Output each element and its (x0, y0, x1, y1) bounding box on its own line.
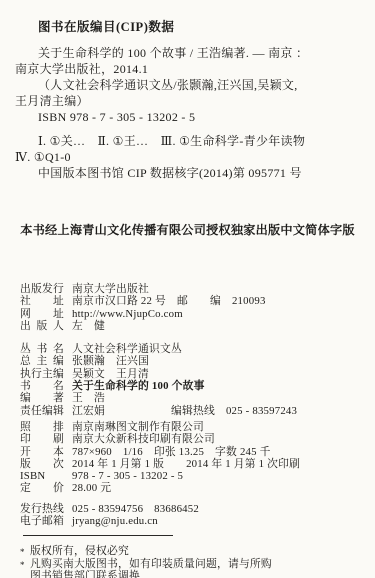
row-typesetting: 照排 南京南琳图文制作有限公司 (20, 421, 360, 433)
colophon-info-table: 出版发行 南京大学出版社 社址 南京市汉口路 22 号 邮 编 210093 网… (20, 283, 360, 578)
row-value: 吴颖文 王月清 (72, 368, 149, 380)
row-publisher-person: 出版人 左 健 (20, 320, 360, 332)
row-value: 787×960 1/16 印张 13.25 字数 245 千 (72, 446, 271, 458)
row-label: 书名 (20, 380, 64, 392)
cip-series-line: （人文社会科学通识文丛/张颢瀚,汪兴国,吴颖文, (15, 77, 360, 93)
asterisk-marker: * (20, 545, 30, 558)
cip-heading: 图书在版编目(CIP)数据 (38, 17, 360, 35)
row-publisher: 出版发行 南京大学出版社 (20, 283, 360, 295)
cip-title-statement-line: 关于生命科学的 100 个故事 / 王浩编著. — 南京 ： (15, 45, 360, 61)
row-label: 执行主编 (20, 368, 64, 380)
row-label: 版次 (20, 458, 64, 470)
row-label: 责任编辑 (20, 405, 64, 417)
row-value: 人文社会科学通识文丛 (72, 343, 182, 355)
row-label: 编著 (20, 392, 64, 404)
row-label: 电子邮箱 (20, 515, 64, 527)
row-value: 关于生命科学的 100 个故事 (72, 380, 205, 392)
row-email: 电子邮箱 jryang@nju.edu.cn (20, 515, 360, 527)
row-value: 南京南琳图文制作有限公司 (72, 421, 204, 433)
row-book-title: 书名 关于生命科学的 100 个故事 (20, 380, 360, 392)
row-label: 定价 (20, 482, 64, 494)
row-address: 社址 南京市汉口路 22 号 邮 编 210093 (20, 295, 360, 307)
cip-record-number-line: 中国版本图书馆 CIP 数据核字(2014)第 095771 号 (15, 165, 360, 181)
quality-note-line-2: 图书销售部门联系调换 (30, 570, 272, 578)
row-label: 照排 (20, 421, 64, 433)
row-value: 南京大众新科技印刷有限公司 (72, 433, 215, 445)
row-website: 网址 http://www.NjupCo.com (20, 308, 360, 320)
cip-classification-line: Ⅰ. ①关… Ⅱ. ①王… Ⅲ. ①生命科学-青少年读物 (15, 133, 360, 149)
row-responsible-editor: 责任编辑 江宏娟 编辑热线 025 - 83597243 (20, 405, 360, 417)
cip-classification-line-2: Ⅳ. ①Q1-0 (15, 149, 360, 165)
row-label: 开本 (20, 446, 64, 458)
row-executive-editors: 执行主编 吴颖文 王月清 (20, 368, 360, 380)
row-value: 南京大学出版社 (72, 283, 149, 295)
row-value: 28.00 元 (72, 482, 111, 494)
row-label: 总主编 (20, 355, 64, 367)
row-label: 出版发行 (20, 283, 64, 295)
divider-line (23, 535, 173, 536)
row-label: 网址 (20, 308, 64, 320)
row-sales-hotline: 发行热线 025 - 83594756 83686452 (20, 503, 360, 515)
row-value: 江宏娟 编辑热线 025 - 83597243 (72, 405, 297, 417)
legal-notes: * 版权所有，侵权必究 * 凡购买南大版图书，如有印装质量问题，请与所购 图书销… (20, 545, 360, 578)
row-isbn: ISBN 978 - 7 - 305 - 13202 - 5 (20, 470, 360, 482)
row-value: 2014 年 1 月第 1 版 2014 年 1 月第 1 次印刷 (72, 458, 300, 470)
row-value: 978 - 7 - 305 - 13202 - 5 (72, 470, 183, 482)
cip-data-block: 关于生命科学的 100 个故事 / 王浩编著. — 南京 ： 南京大学出版社，2… (15, 45, 360, 181)
row-price: 定价 28.00 元 (20, 482, 360, 494)
cip-isbn-line: ISBN 978 - 7 - 305 - 13202 - 5 (15, 109, 360, 125)
cip-publisher-line: 南京大学出版社，2014.1 (15, 61, 360, 77)
copyright-note: * 版权所有，侵权必究 (20, 545, 360, 558)
row-value: http://www.NjupCo.com (72, 308, 183, 320)
row-value: 左 健 (72, 320, 105, 332)
row-label: 社址 (20, 295, 64, 307)
row-value: 王 浩 (72, 392, 105, 404)
colophon-page: 图书在版编目(CIP)数据 关于生命科学的 100 个故事 / 王浩编著. — … (0, 0, 375, 578)
cip-series-line-2: 王月清主编） (15, 93, 360, 109)
asterisk-marker: * (20, 558, 30, 578)
row-format: 开本 787×960 1/16 印张 13.25 字数 245 千 (20, 446, 360, 458)
authorization-notice: 本书经上海青山文化传播有限公司授权独家出版中文简体字版 (15, 221, 360, 238)
row-author: 编著 王 浩 (20, 392, 360, 404)
quality-note: * 凡购买南大版图书，如有印装质量问题，请与所购 图书销售部门联系调换 (20, 558, 360, 578)
row-label: 丛书名 (20, 343, 64, 355)
row-series-name: 丛书名 人文社会科学通识文丛 (20, 343, 360, 355)
row-value: 张颢瀚 汪兴国 (72, 355, 149, 367)
copyright-note-text: 版权所有，侵权必究 (30, 545, 129, 558)
row-chief-editors: 总主编 张颢瀚 汪兴国 (20, 355, 360, 367)
row-edition: 版次 2014 年 1 月第 1 版 2014 年 1 月第 1 次印刷 (20, 458, 360, 470)
row-label: 出版人 (20, 320, 64, 332)
row-label: 印刷 (20, 433, 64, 445)
quality-note-text: 凡购买南大版图书，如有印装质量问题，请与所购 图书销售部门联系调换 (30, 558, 272, 578)
row-printing: 印刷 南京大众新科技印刷有限公司 (20, 433, 360, 445)
quality-note-line-1: 凡购买南大版图书，如有印装质量问题，请与所购 (30, 558, 272, 570)
row-value: 025 - 83594756 83686452 (72, 503, 199, 515)
row-value: 南京市汉口路 22 号 邮 编 210093 (72, 295, 266, 307)
row-label: ISBN (20, 470, 64, 482)
row-value: jryang@nju.edu.cn (72, 515, 158, 527)
row-label: 发行热线 (20, 503, 64, 515)
